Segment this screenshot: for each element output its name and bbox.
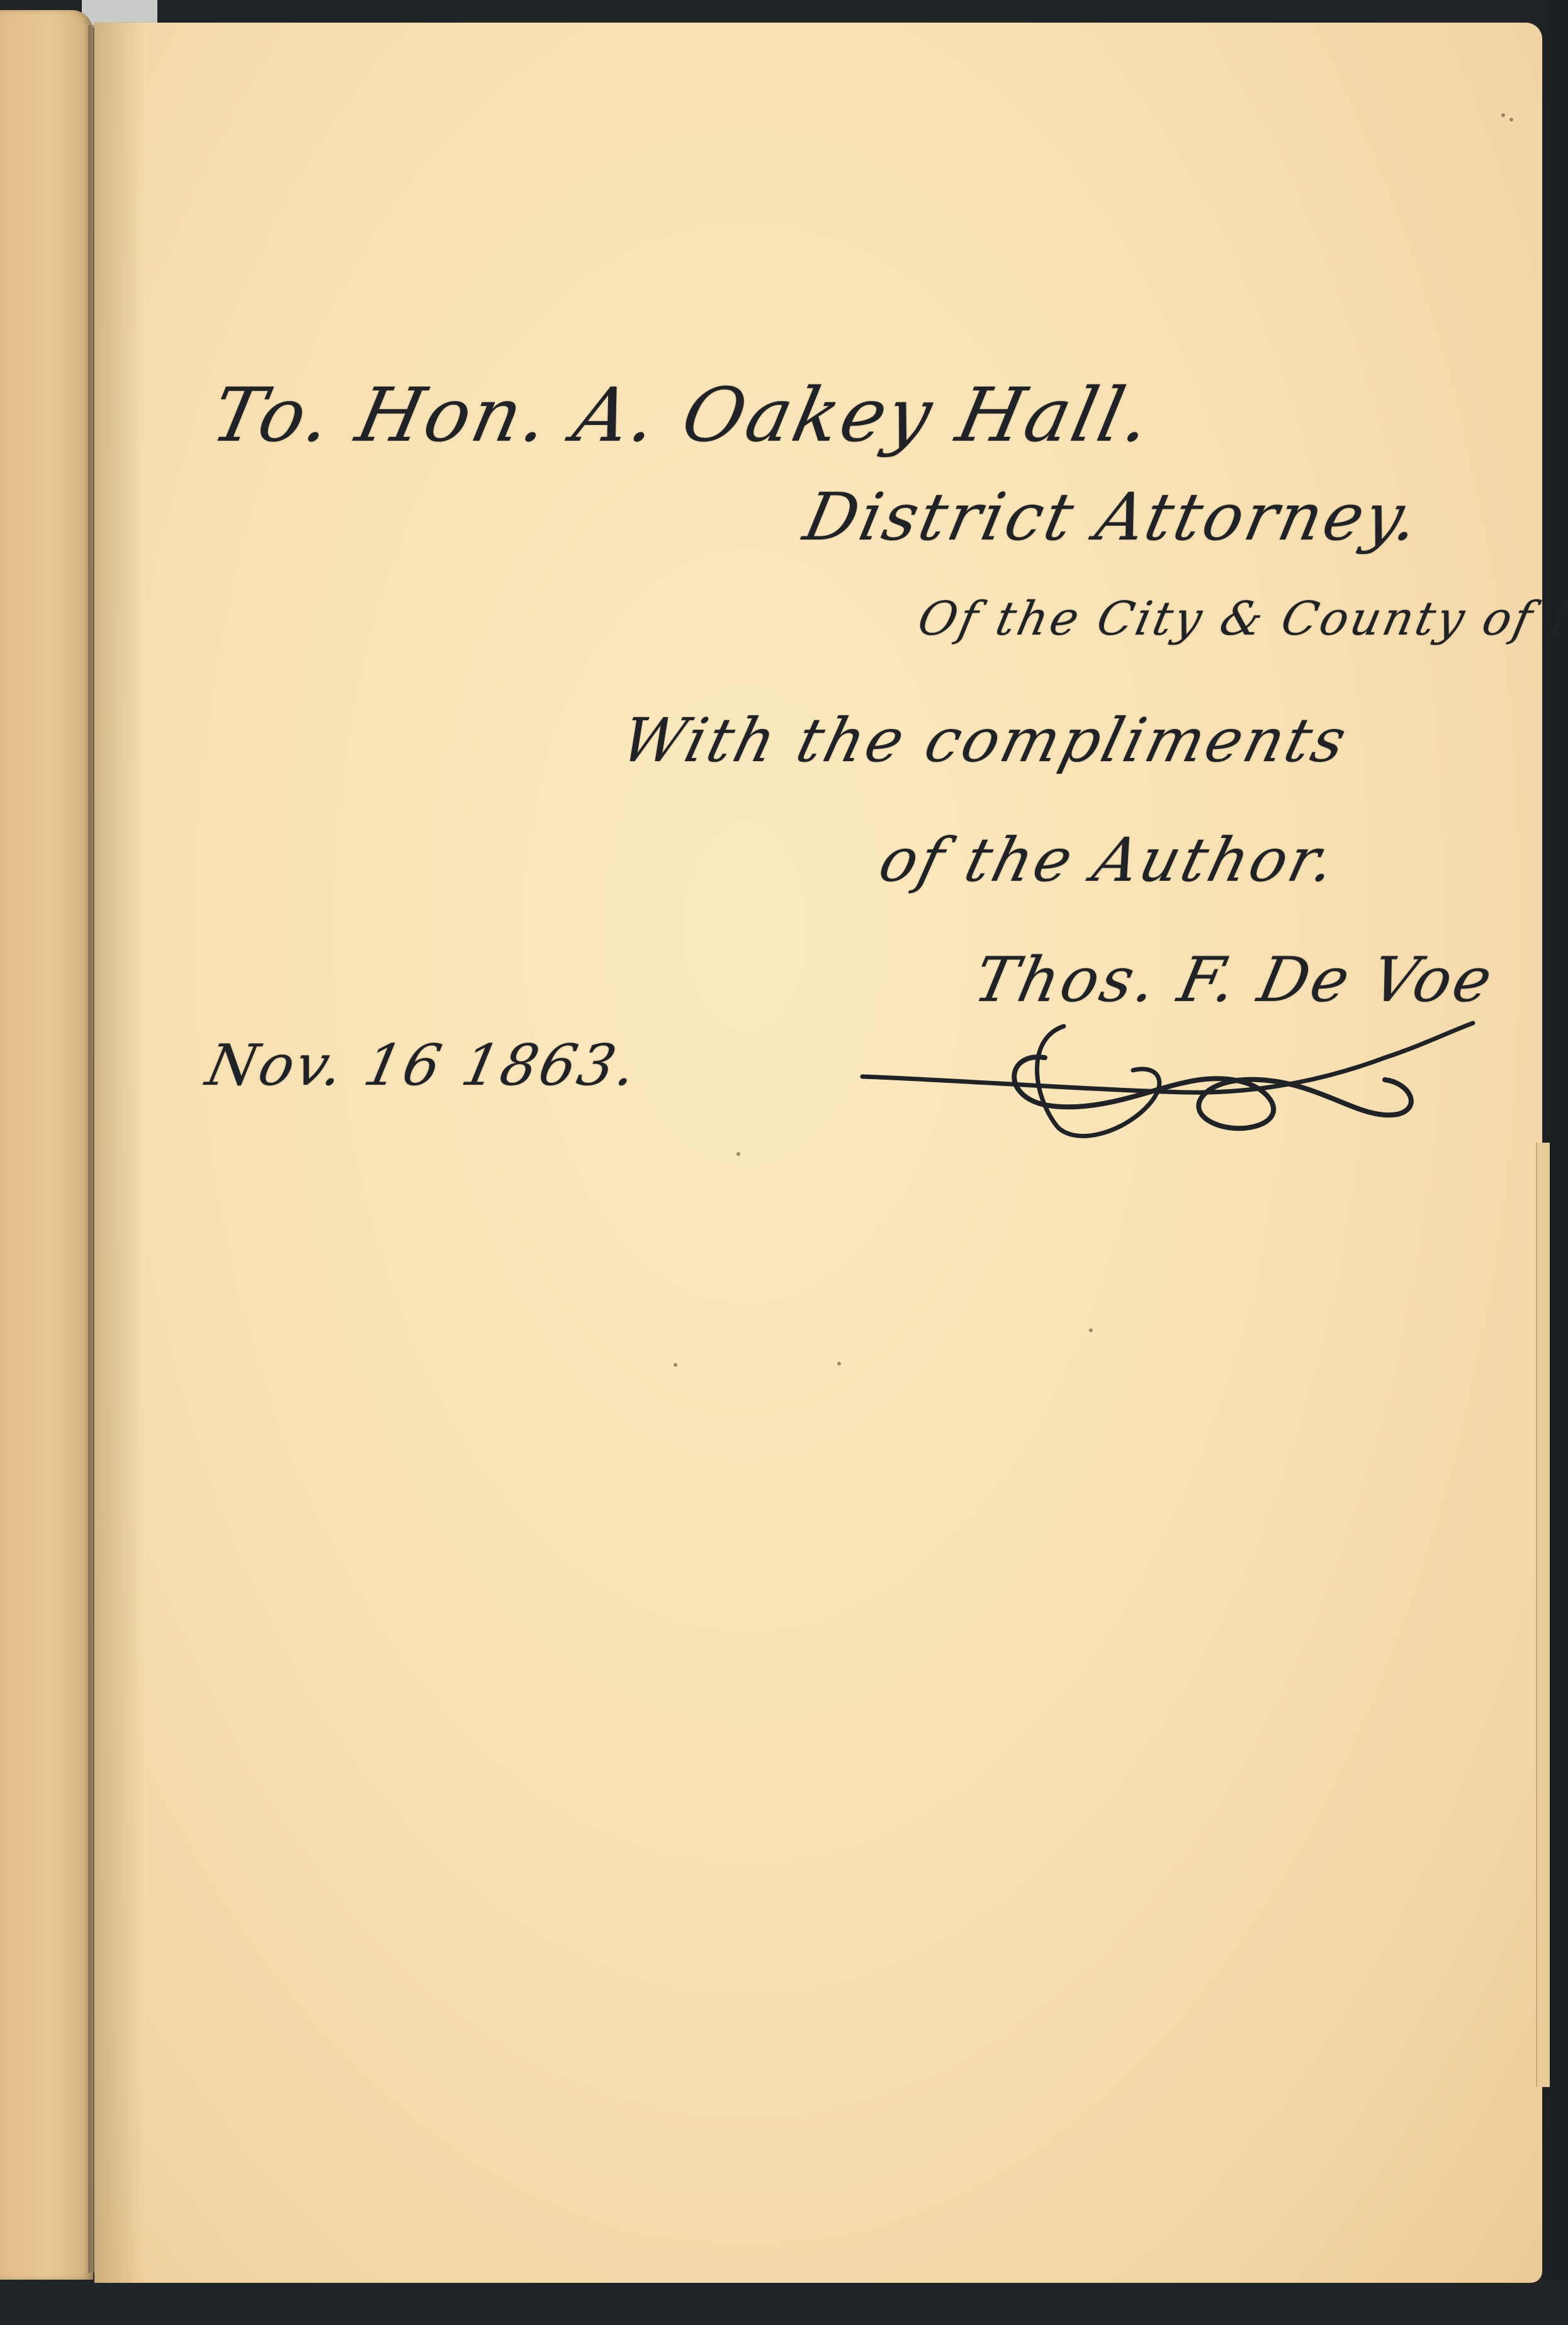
inscription-salutation: To. Hon. A. Oakey Hall. [205,371,1161,458]
signature-flourish-icon [856,1020,1486,1146]
paper-speck [1089,1328,1093,1332]
background-right [1548,0,1568,2325]
inscription-jurisdiction: Of the City & County of N. Y. [913,592,1568,646]
page-gutter-shadow [94,23,145,2283]
paper-speck [674,1363,677,1367]
left-flyleaf [0,10,93,2280]
page-tear-edge [1536,1143,1550,2087]
paper-speck [1501,113,1505,117]
inscription-date: Nov. 16 1863. [201,1032,645,1099]
paper-speck [736,1152,740,1156]
paper-speck [1509,118,1513,122]
inscription-compliments: With the compliments [614,705,1355,776]
book-page [94,23,1542,2283]
inscription-title: District Attorney. [798,478,1428,555]
inscription-author-line: of the Author. [872,825,1345,895]
paper-speck [837,1362,841,1366]
background-bottom [0,2279,1568,2325]
inscription-signature: Thos. F. De Voe [968,944,1501,1016]
background-top [0,0,1568,25]
